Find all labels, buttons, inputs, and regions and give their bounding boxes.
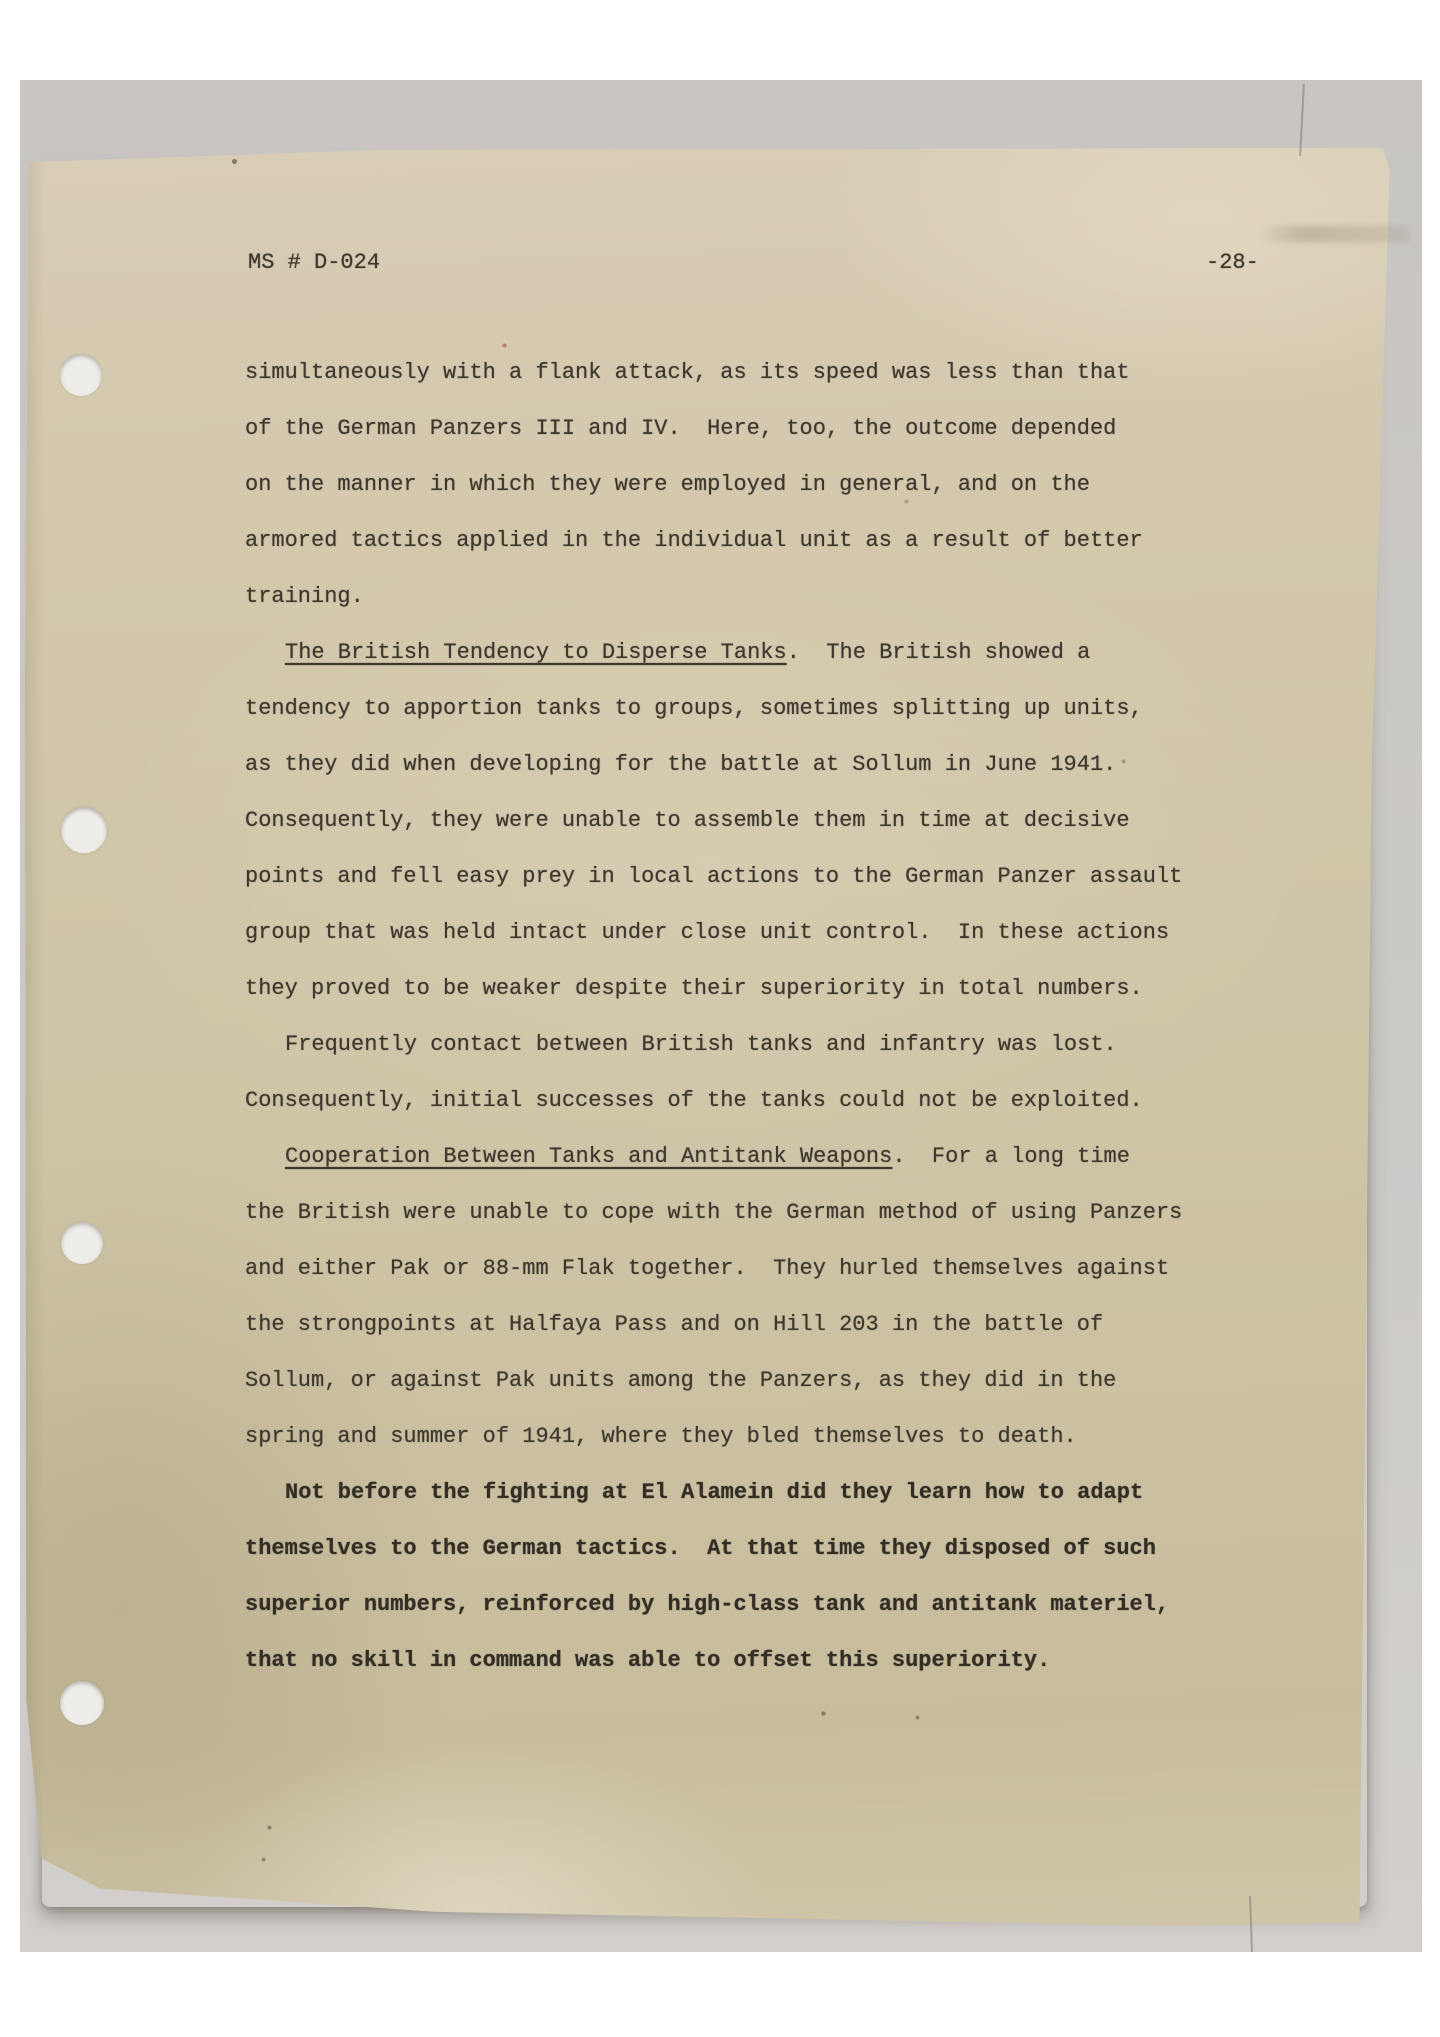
text-line: and either Pak or 88-mm Flak together. T…	[245, 1241, 1182, 1297]
text-line: group that was held intact under close u…	[245, 905, 1182, 961]
text-run: points and fell easy prey in local actio…	[245, 864, 1182, 889]
punch-hole	[60, 354, 102, 396]
text-run: of the German Panzers III and IV. Here, …	[245, 416, 1116, 441]
text-run: armored tactics applied in the individua…	[245, 528, 1143, 553]
text-line: of the German Panzers III and IV. Here, …	[245, 401, 1182, 457]
text-line: Consequently, initial successes of the t…	[245, 1073, 1182, 1129]
section-heading: The British Tendency to Disperse Tanks	[285, 640, 787, 665]
paper-specks	[0, 0, 3, 3]
text-run: as they did when developing for the batt…	[245, 752, 1116, 777]
text-run: Consequently, initial successes of the t…	[245, 1088, 1143, 1113]
text-line: they proved to be weaker despite their s…	[245, 961, 1182, 1017]
text-line: Not before the fighting at El Alamein di…	[245, 1465, 1182, 1521]
text-run: themselves to the German tactics. At tha…	[245, 1536, 1156, 1561]
text-line: as they did when developing for the batt…	[245, 737, 1182, 793]
text-line: the strongpoints at Halfaya Pass and on …	[245, 1297, 1182, 1353]
text-run: that no skill in command was able to off…	[245, 1648, 1050, 1673]
text-line: training.	[245, 569, 1182, 625]
text-line: Frequently contact between British tanks…	[245, 1017, 1182, 1073]
scanned-document-page: MS # D-024 -28- simultaneously with a fl…	[0, 0, 1440, 2037]
text-run: on the manner in which they were employe…	[245, 472, 1090, 497]
smudge-mark	[1258, 226, 1410, 242]
text-line: superior numbers, reinforced by high-cla…	[245, 1577, 1182, 1633]
section-heading: Cooperation Between Tanks and Antitank W…	[285, 1144, 892, 1169]
text-run: . The British showed a	[787, 640, 1091, 665]
text-line: the British were unable to cope with the…	[245, 1185, 1182, 1241]
text-run: Consequently, they were unable to assemb…	[245, 808, 1130, 833]
punch-hole	[60, 1681, 104, 1725]
page-number: -28-	[1206, 250, 1259, 275]
text-run: Not before the fighting at El Alamein di…	[285, 1480, 1143, 1505]
text-line: Cooperation Between Tanks and Antitank W…	[245, 1129, 1182, 1185]
text-run: group that was held intact under close u…	[245, 920, 1169, 945]
punch-hole	[61, 1222, 103, 1264]
text-line: Consequently, they were unable to assemb…	[245, 793, 1182, 849]
text-line: themselves to the German tactics. At tha…	[245, 1521, 1182, 1577]
text-line: The British Tendency to Disperse Tanks. …	[245, 625, 1182, 681]
text-run: the strongpoints at Halfaya Pass and on …	[245, 1312, 1103, 1337]
punch-hole	[61, 807, 107, 853]
text-line: points and fell easy prey in local actio…	[245, 849, 1182, 905]
text-line: spring and summer of 1941, where they bl…	[245, 1409, 1182, 1465]
text-line: that no skill in command was able to off…	[245, 1633, 1182, 1689]
text-run: Frequently contact between British tanks…	[285, 1032, 1117, 1057]
text-run: the British were unable to cope with the…	[245, 1200, 1182, 1225]
text-run: training.	[245, 584, 364, 609]
text-run: simultaneously with a flank attack, as i…	[245, 360, 1130, 385]
text-line: tendency to apportion tanks to groups, s…	[245, 681, 1182, 737]
text-run: superior numbers, reinforced by high-cla…	[245, 1592, 1169, 1617]
typewritten-lines: simultaneously with a flank attack, as i…	[245, 345, 1182, 1689]
text-line: simultaneously with a flank attack, as i…	[245, 345, 1182, 401]
text-line: on the manner in which they were employe…	[245, 457, 1182, 513]
text-line: Sollum, or against Pak units among the P…	[245, 1353, 1182, 1409]
text-run: spring and summer of 1941, where they bl…	[245, 1424, 1077, 1449]
text-run: Sollum, or against Pak units among the P…	[245, 1368, 1116, 1393]
text-run: they proved to be weaker despite their s…	[245, 976, 1143, 1001]
text-run: and either Pak or 88-mm Flak together. T…	[245, 1256, 1169, 1281]
manuscript-id: MS # D-024	[248, 250, 380, 275]
text-run: . For a long time	[892, 1144, 1130, 1169]
text-run: tendency to apportion tanks to groups, s…	[245, 696, 1143, 721]
text-line: armored tactics applied in the individua…	[245, 513, 1182, 569]
